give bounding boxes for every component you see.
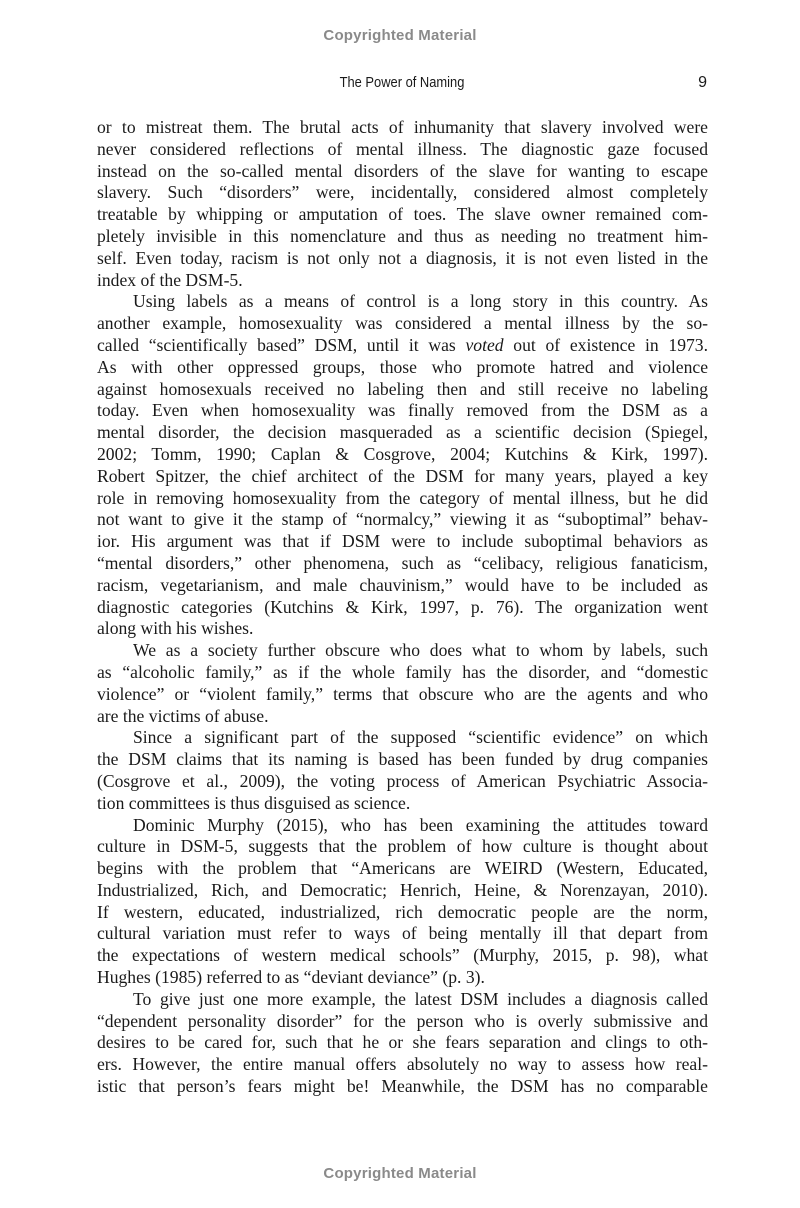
text-line: Dominic Murphy (2015), who has been exam… — [97, 815, 708, 837]
text-line: “dependent personality disorder” for the… — [97, 1011, 708, 1033]
text-line: never considered reflections of mental i… — [97, 139, 708, 161]
text-line: Since a significant part of the supposed… — [97, 727, 708, 749]
text-line: against homosexuals received no labeling… — [97, 379, 708, 401]
copyright-watermark-bottom: Copyrighted Material — [0, 1165, 800, 1182]
text-line: treatable by whipping or amputation of t… — [97, 204, 708, 226]
paragraph: Using labels as a means of control is a … — [97, 291, 708, 640]
text-line: As with other oppressed groups, those wh… — [97, 357, 708, 379]
text-line: desires to be cared for, such that he or… — [97, 1032, 708, 1054]
text-line: diagnostic categories (Kutchins & Kirk, … — [97, 597, 708, 619]
text-line: ior. His argument was that if DSM were t… — [97, 531, 708, 553]
text-line: are the victims of abuse. — [97, 706, 708, 728]
running-title: The Power of Naming — [140, 74, 665, 91]
text-line: istic that person’s fears might be! Mean… — [97, 1076, 708, 1098]
text-line: called “scientifically based” DSM, until… — [97, 335, 708, 357]
paragraph: To give just one more example, the lates… — [97, 989, 708, 1098]
text-line: Robert Spitzer, the chief architect of t… — [97, 466, 708, 488]
text-line: (Cosgrove et al., 2009), the voting proc… — [97, 771, 708, 793]
text-line: the DSM claims that its naming is based … — [97, 749, 708, 771]
text-line: “mental disorders,” other phenomena, suc… — [97, 553, 708, 575]
text-line: begins with the problem that “Americans … — [97, 858, 708, 880]
text-line: cultural variation must refer to ways of… — [97, 923, 708, 945]
paragraph: Since a significant part of the supposed… — [97, 727, 708, 814]
paragraph: or to mistreat them. The brutal acts of … — [97, 117, 708, 291]
text-line: mental disorder, the decision masquerade… — [97, 422, 708, 444]
copyright-watermark-top: Copyrighted Material — [0, 27, 800, 44]
text-line: 2002; Tomm, 1990; Caplan & Cosgrove, 200… — [97, 444, 708, 466]
text-line: index of the DSM-5. — [97, 270, 708, 292]
text-line: We as a society further obscure who does… — [97, 640, 708, 662]
text-line: If western, educated, industrialized, ri… — [97, 902, 708, 924]
text-line: To give just one more example, the lates… — [97, 989, 708, 1011]
text-line: tion committees is thus disguised as sci… — [97, 793, 708, 815]
text-line: Hughes (1985) referred to as “deviant de… — [97, 967, 708, 989]
text-line: pletely invisible in this nomenclature a… — [97, 226, 708, 248]
text-line: ers. However, the entire manual offers a… — [97, 1054, 708, 1076]
text-line: as “alcoholic family,” as if the whole f… — [97, 662, 708, 684]
page-number: 9 — [698, 74, 707, 92]
text-line: not want to give it the stamp of “normal… — [97, 509, 708, 531]
text-line: along with his wishes. — [97, 618, 708, 640]
text-line: slavery. Such “disorders” were, incident… — [97, 182, 708, 204]
text-line: today. Even when homosexuality was final… — [97, 400, 708, 422]
text-line: racism, vegetarianism, and male chauvini… — [97, 575, 708, 597]
text-line: role in removing homosexuality from the … — [97, 488, 708, 510]
text-line: violence” or “violent family,” terms tha… — [97, 684, 708, 706]
text-line: or to mistreat them. The brutal acts of … — [97, 117, 708, 139]
running-header: The Power of Naming 9 — [97, 74, 707, 96]
paragraph: Dominic Murphy (2015), who has been exam… — [97, 815, 708, 989]
paragraph: We as a society further obscure who does… — [97, 640, 708, 727]
text-line: the expectations of western medical scho… — [97, 945, 708, 967]
text-line: instead on the so-called mental disorder… — [97, 161, 708, 183]
text-line: culture in DSM-5, suggests that the prob… — [97, 836, 708, 858]
text-line: self. Even today, racism is not only not… — [97, 248, 708, 270]
text-line: Using labels as a means of control is a … — [97, 291, 708, 313]
body-text: or to mistreat them. The brutal acts of … — [97, 117, 708, 1098]
text-line: Industrialized, Rich, and Democratic; He… — [97, 880, 708, 902]
text-line: another example, homosexuality was consi… — [97, 313, 708, 335]
